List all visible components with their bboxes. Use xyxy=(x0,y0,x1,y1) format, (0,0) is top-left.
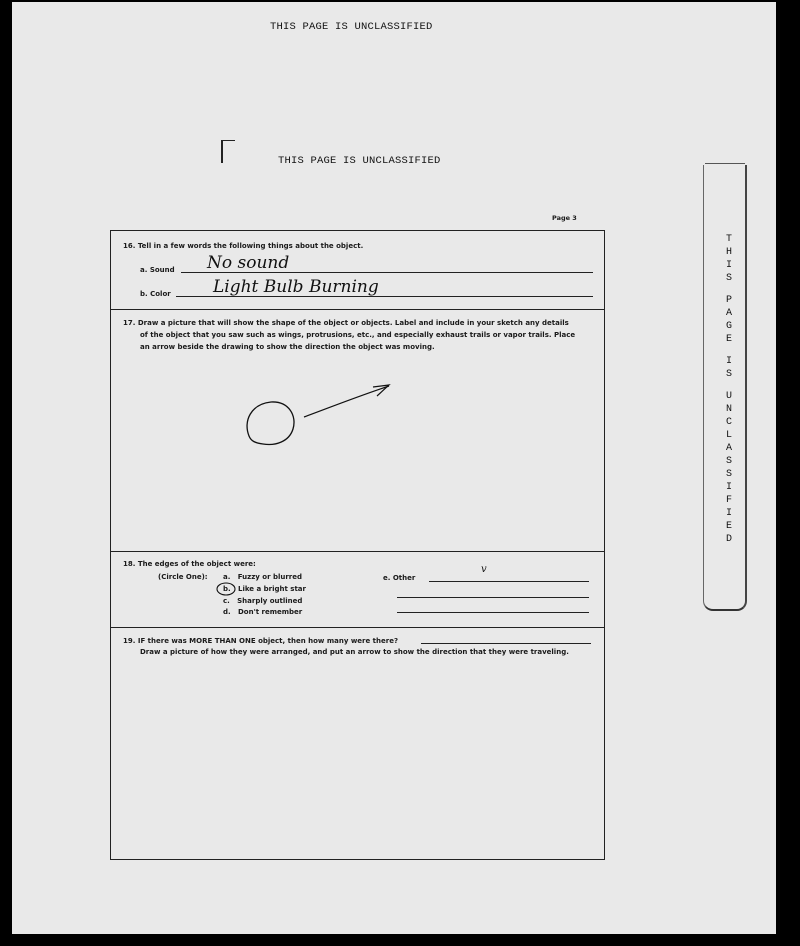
circled-selection-mark xyxy=(215,581,239,597)
side-letter: U xyxy=(722,390,736,403)
questionnaire-form: 16. Tell in a few words the following th… xyxy=(110,230,605,860)
q18-other-line[interactable] xyxy=(429,581,589,582)
side-letter: A xyxy=(722,442,736,455)
classification-banner: THIS PAGE IS UNCLASSIFIED xyxy=(278,155,441,167)
q16-sound-answer[interactable]: No sound xyxy=(207,253,289,273)
option-letter: d. xyxy=(223,608,231,616)
side-letter: S xyxy=(722,455,736,468)
direction-arrow-icon xyxy=(304,386,389,417)
corner-bracket-mark xyxy=(221,140,235,163)
side-letter: E xyxy=(722,333,736,346)
q18-option-c[interactable]: c. Sharply outlined xyxy=(223,596,302,606)
side-letter: D xyxy=(722,533,736,546)
side-letter: N xyxy=(722,403,736,416)
q17-prompt-line3: an arrow beside the drawing to show the … xyxy=(140,342,435,352)
option-text: Like a bright star xyxy=(238,585,306,593)
side-letter: A xyxy=(722,307,736,320)
side-letter: T xyxy=(722,233,736,246)
q18-circle-one-label: (Circle One): xyxy=(158,572,208,582)
section-divider xyxy=(111,309,604,310)
side-letter: I xyxy=(722,507,736,520)
side-letter: G xyxy=(722,320,736,333)
side-banner-top-line xyxy=(705,163,745,164)
option-letter: c. xyxy=(223,597,230,605)
q18-other-mark: v xyxy=(481,564,487,575)
q16-color-answer[interactable]: Light Bulb Burning xyxy=(213,277,379,297)
object-sketch xyxy=(241,371,411,451)
side-letter: I xyxy=(722,481,736,494)
q16-prompt: 16. Tell in a few words the following th… xyxy=(123,241,363,251)
side-letter: S xyxy=(722,368,736,381)
option-letter: a. xyxy=(223,573,230,581)
side-gap xyxy=(722,381,736,390)
side-gap xyxy=(722,285,736,294)
side-letter: F xyxy=(722,494,736,507)
option-text: Sharply outlined xyxy=(237,597,302,605)
option-text: Fuzzy or blurred xyxy=(238,573,302,581)
q18-option-d[interactable]: d. Don't remember xyxy=(223,607,302,617)
q18-other-line-2[interactable] xyxy=(397,597,589,598)
circle-object-drawing xyxy=(247,402,294,445)
side-letter: P xyxy=(722,294,736,307)
q19-prompt-line1: 19. IF there was MORE THAN ONE object, t… xyxy=(123,636,398,646)
side-letter: E xyxy=(722,520,736,533)
section-divider xyxy=(111,551,604,552)
side-gap xyxy=(722,346,736,355)
q18-other-label: e. Other xyxy=(383,573,415,583)
q17-prompt-line1: 17. Draw a picture that will show the sh… xyxy=(123,318,569,328)
page-number: Page 3 xyxy=(552,214,577,222)
side-letter: S xyxy=(722,468,736,481)
q16-color-label: b. Color xyxy=(140,289,171,299)
q18-prompt: 18. The edges of the object were: xyxy=(123,559,256,569)
side-letter: C xyxy=(722,416,736,429)
q18-other-line-3[interactable] xyxy=(397,612,589,613)
side-letter: I xyxy=(722,355,736,368)
option-text: Don't remember xyxy=(238,608,302,616)
side-letter: H xyxy=(722,246,736,259)
q16-sound-label: a. Sound xyxy=(140,265,175,275)
section-divider xyxy=(111,627,604,628)
side-classification-banner: T H I S P A G E I S U N C L A S S I F I … xyxy=(722,233,736,546)
side-letter: S xyxy=(722,272,736,285)
side-letter: I xyxy=(722,259,736,272)
q19-count-line[interactable] xyxy=(421,643,591,644)
q17-prompt-line2: of the object that you saw such as wings… xyxy=(140,330,575,340)
q19-prompt-line2: Draw a picture of how they were arranged… xyxy=(140,647,569,657)
top-classification-banner: THIS PAGE IS UNCLASSIFIED xyxy=(270,21,433,33)
side-letter: L xyxy=(722,429,736,442)
